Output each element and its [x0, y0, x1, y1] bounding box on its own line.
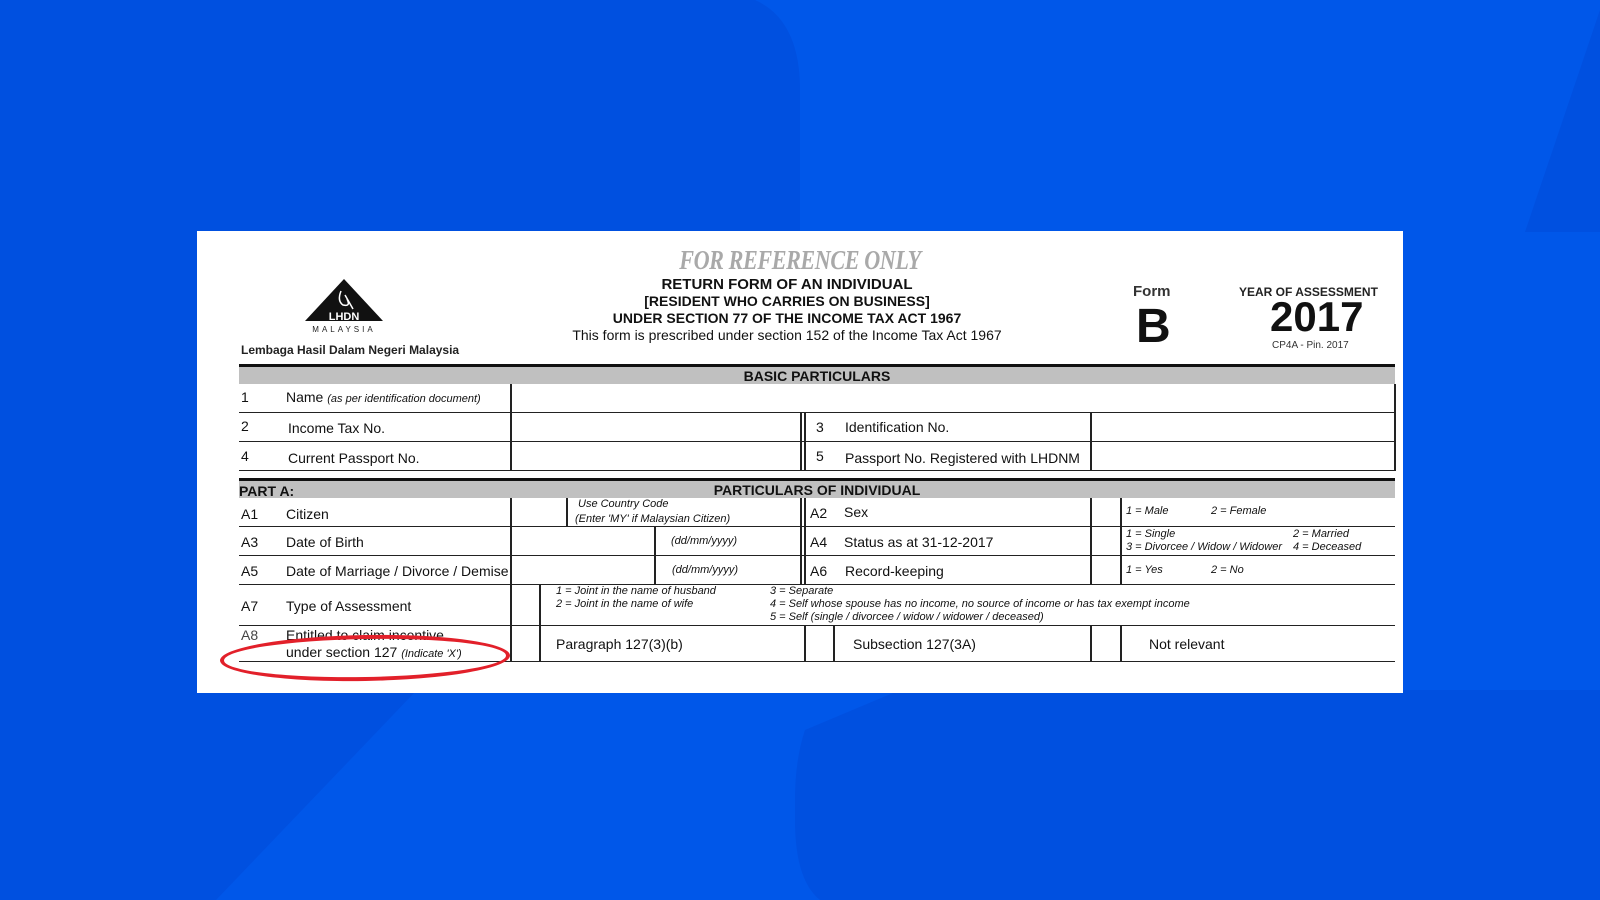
reference-watermark: FOR REFERENCE ONLY [306, 245, 1295, 276]
type-of-assessment-field[interactable] [511, 585, 539, 626]
date-format-hint: (dd/mm/yyyy) [671, 535, 737, 547]
divider [1090, 498, 1092, 585]
divider [804, 626, 806, 662]
divider [510, 384, 512, 471]
section-title: BASIC PARTICULARS [239, 368, 1395, 384]
form-title: RETURN FORM OF AN INDIVIDUAL [527, 276, 1047, 293]
row-number: 4 [241, 448, 249, 464]
divider [1394, 384, 1396, 471]
tax-form-sheet: LHDN MALAYSIA Lembaga Hasil Dalam Negeri… [197, 231, 1403, 693]
assessment-option: 4 = Self whose spouse has no income, no … [770, 598, 1190, 611]
year-of-assessment: 2017 [1270, 293, 1363, 341]
row-number: 2 [241, 418, 249, 434]
row-a5-a6: A5 Date of Marriage / Divorce / Demise (… [239, 556, 1395, 585]
identification-no-label: Identification No. [845, 419, 949, 435]
basic-particulars-table: 1 Name (as per identification document) … [239, 384, 1395, 471]
sex-option: 2 = Female [1211, 505, 1266, 517]
form-code: CP4A - Pin. 2017 [1272, 340, 1349, 351]
divider [1120, 498, 1122, 585]
row-number: 1 [241, 389, 249, 405]
paragraph-127-label: Paragraph 127(3)(b) [556, 636, 683, 652]
assessment-option: 2 = Joint in the name of wife [556, 598, 693, 611]
citizen-hint: (Enter 'MY' if Malaysian Citizen) [575, 513, 730, 525]
divider [800, 413, 802, 471]
divider [1090, 413, 1092, 471]
citizen-hint: Use Country Code [578, 498, 669, 510]
row-a3-a4: A3 Date of Birth (dd/mm/yyyy) A4 Status … [239, 527, 1395, 556]
record-keeping-field[interactable] [1091, 556, 1121, 585]
lhdn-logo-icon: LHDN MALAYSIA [301, 277, 387, 335]
name-label: Name (as per identification document) [286, 389, 481, 405]
form-subtitle: [RESIDENT WHO CARRIES ON BUSINESS] [527, 293, 1047, 310]
date-of-birth-label: Date of Birth [286, 534, 364, 550]
row-number: 3 [816, 419, 824, 435]
incentive-checkbox-not-relevant[interactable] [1091, 626, 1121, 662]
divider [539, 585, 541, 662]
not-relevant-label: Not relevant [1149, 636, 1224, 652]
basic-particulars-header: BASIC PARTICULARS [239, 364, 1395, 384]
assessment-option: 5 = Self (single / divorcee / widow / wi… [770, 611, 1044, 624]
divider [1090, 626, 1092, 662]
incentive-checkbox-paragraph[interactable] [511, 626, 539, 662]
citizen-label: Citizen [286, 506, 329, 522]
registered-passport-field[interactable] [1091, 442, 1395, 471]
divider [654, 527, 656, 585]
subsection-127-label: Subsection 127(3A) [853, 636, 976, 652]
identification-no-field[interactable] [1091, 413, 1395, 442]
form-act-reference: UNDER SECTION 77 OF THE INCOME TAX ACT 1… [527, 310, 1047, 327]
date-of-birth-field[interactable] [511, 527, 654, 556]
status-option: 1 = Single [1126, 528, 1175, 541]
divider [833, 626, 835, 662]
form-prescription-note: This form is prescribed under section 15… [527, 327, 1047, 344]
status-option: 3 = Divorcee / Widow / Widower [1126, 541, 1282, 554]
part-a-header: PART A: PARTICULARS OF INDIVIDUAL [239, 478, 1395, 498]
section-title: PARTICULARS OF INDIVIDUAL [239, 482, 1395, 498]
date-of-marriage-field[interactable] [511, 556, 654, 585]
income-tax-no-label: Income Tax No. [288, 420, 385, 436]
svg-text:LHDN: LHDN [329, 311, 360, 323]
divider [804, 413, 806, 471]
row-a7: A7 Type of Assessment 1 = Joint in the n… [239, 585, 1395, 626]
assessment-option: 3 = Separate [770, 585, 833, 598]
citizen-field[interactable] [511, 498, 566, 527]
svg-text:MALAYSIA: MALAYSIA [312, 325, 375, 334]
divider [1120, 626, 1122, 662]
status-field[interactable] [1091, 527, 1121, 556]
assessment-option: 1 = Joint in the name of husband [556, 585, 716, 598]
type-of-assessment-label: Type of Assessment [286, 598, 411, 614]
status-option: 2 = Married [1293, 528, 1349, 541]
row-a1-a2: A1 Citizen Use Country Code (Enter 'MY' … [239, 498, 1395, 527]
registered-passport-label: Passport No. Registered with LHDNM [845, 450, 1080, 466]
form-title-block: RETURN FORM OF AN INDIVIDUAL [RESIDENT W… [527, 276, 1047, 344]
divider [510, 498, 512, 662]
divider [804, 498, 806, 585]
form-type-label: Form [1133, 283, 1171, 300]
organization-name: Lembaga Hasil Dalam Negeri Malaysia [241, 343, 459, 357]
divider [800, 498, 802, 585]
income-tax-no-field[interactable] [511, 413, 801, 442]
status-option: 4 = Deceased [1293, 541, 1361, 554]
divider [566, 498, 568, 527]
row-number: 5 [816, 448, 824, 464]
form-type-letter: B [1136, 299, 1171, 354]
date-of-marriage-label: Date of Marriage / Divorce / Demise [286, 563, 509, 579]
status-label: Status as at 31-12-2017 [844, 534, 993, 550]
record-keeping-option: 2 = No [1211, 564, 1244, 576]
sex-label: Sex [844, 504, 868, 520]
sex-option: 1 = Male [1126, 505, 1169, 517]
record-keeping-label: Record-keeping [845, 563, 944, 579]
date-format-hint: (dd/mm/yyyy) [672, 564, 738, 576]
current-passport-label: Current Passport No. [288, 450, 420, 466]
sex-field[interactable] [1091, 498, 1121, 527]
record-keeping-option: 1 = Yes [1126, 564, 1163, 576]
name-field[interactable] [511, 384, 1395, 413]
incentive-checkbox-subsection[interactable] [805, 626, 833, 662]
current-passport-field[interactable] [511, 442, 801, 471]
